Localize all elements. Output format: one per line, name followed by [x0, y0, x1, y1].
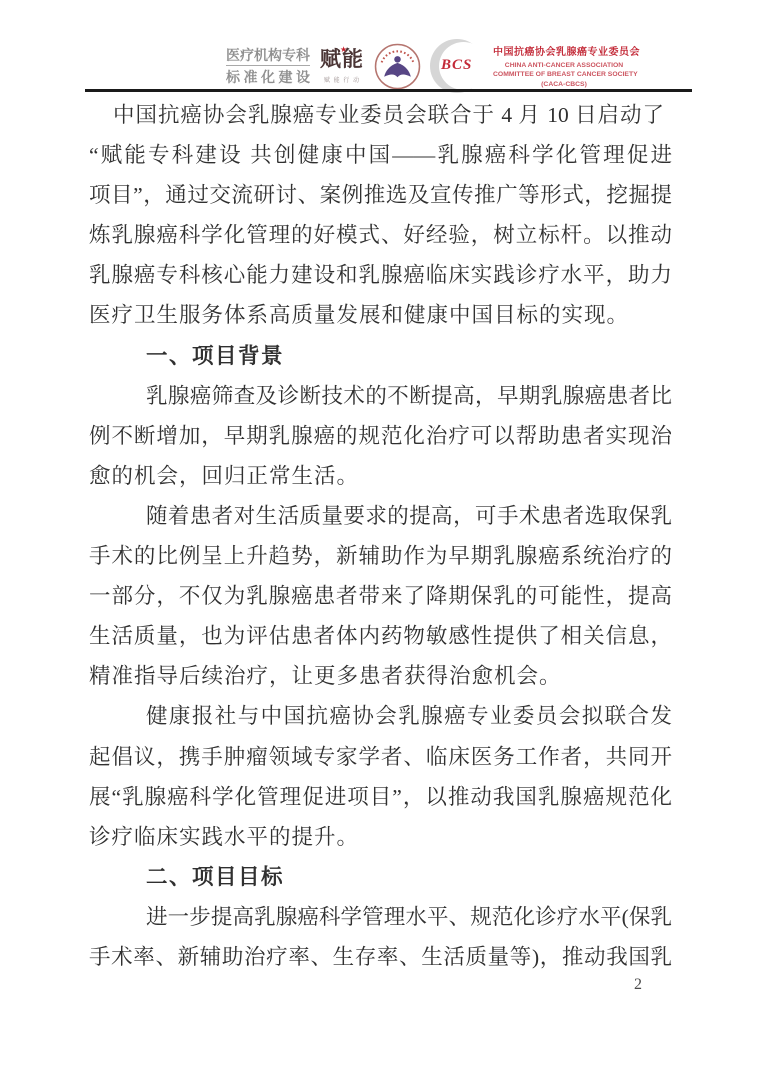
paragraph-line: 生活质量，也为评估患者体内药物敏感性提供了相关信息，	[89, 616, 672, 656]
funeng-star-icon: ★	[340, 46, 347, 54]
paragraph-line: 炼乳腺癌科学化管理的好模式、好经验，树立标杆。以推动	[89, 215, 672, 255]
paragraph-line: 精准指导后续治疗，让更多患者获得治愈机会。	[89, 656, 672, 696]
bcs-logo: BCS	[430, 39, 484, 93]
organization-name-en-line3: (CACA-CBCS)	[493, 80, 635, 89]
paragraph-line: 乳腺癌专科核心能力建设和乳腺癌临床实践诊疗水平，助力	[89, 255, 672, 295]
organization-name-en-line1: CHINA ANTI-CANCER ASSOCIATION	[493, 61, 635, 70]
standardization-logo: 医疗机构专科 标准化建设	[226, 48, 310, 84]
association-seal-icon	[374, 43, 421, 90]
paragraph-line: 展“乳腺癌科学化管理促进项目”，以推动我国乳腺癌规范化	[89, 777, 672, 817]
paragraph-line: 进一步提高乳腺癌科学管理水平、规范化诊疗水平(保乳	[89, 897, 672, 937]
funeng-logo: 赋能 ★ 赋 能 行 动	[319, 48, 365, 83]
paragraph-line: 随着患者对生活质量要求的提高，可手术患者选取保乳	[89, 496, 672, 536]
paragraph-line: 一部分，不仅为乳腺癌患者带来了降期保乳的可能性，提高	[89, 576, 672, 616]
paragraph-line: 手术率、新辅助治疗率、生存率、生活质量等)，推动我国乳	[89, 937, 672, 977]
document-page: 医疗机构专科 标准化建设 赋能 ★ 赋 能 行 动 BCS 中国抗癌协会乳腺癌专…	[0, 0, 763, 1080]
paragraph-line: 手术的比例呈上升趋势，新辅助作为早期乳腺癌系统治疗的	[89, 536, 672, 576]
document-body: 中国抗癌协会乳腺癌专业委员会联合于 4 月 10 日启动了“赋能专科建设 共创健…	[89, 95, 672, 977]
standardization-logo-line1: 医疗机构专科	[226, 48, 310, 66]
page-number: 2	[626, 976, 650, 994]
paragraph-line: 中国抗癌协会乳腺癌专业委员会联合于 4 月 10 日启动了	[89, 95, 672, 135]
standardization-logo-line2: 标准化建设	[226, 66, 310, 84]
paragraph-line: 健康报社与中国抗癌协会乳腺癌专业委员会拟联合发	[89, 696, 672, 736]
paragraph-line: 乳腺癌筛查及诊断技术的不断提高，早期乳腺癌患者比	[89, 376, 672, 416]
header-divider	[85, 89, 692, 92]
paragraph-line: 起倡议，携手肿瘤领域专家学者、临床医务工作者，共同开	[89, 737, 672, 777]
paragraph-line: 例不断增加，早期乳腺癌的规范化治疗可以帮助患者实现治	[89, 416, 672, 456]
paragraph-line: 项目”，通过交流研讨、案例推选及宣传推广等形式，挖掘提	[89, 175, 672, 215]
section-heading: 二、项目目标	[89, 857, 672, 897]
paragraph-line: 医疗卫生服务体系高质量发展和健康中国目标的实现。	[89, 295, 672, 335]
page-header: 医疗机构专科 标准化建设 赋能 ★ 赋 能 行 动 BCS 中国抗癌协会乳腺癌专…	[226, 40, 635, 92]
section-heading: 一、项目背景	[89, 336, 672, 376]
funeng-logo-subtext: 赋 能 行 动	[319, 75, 365, 84]
organization-name-block: 中国抗癌协会乳腺癌专业委员会 CHINA ANTI-CANCER ASSOCIA…	[493, 43, 635, 89]
organization-name-en-line2: COMMITTEE OF BREAST CANCER SOCIETY	[493, 70, 635, 79]
paragraph-line: 诊疗临床实践水平的提升。	[89, 817, 672, 857]
bcs-logo-text: BCS	[441, 57, 472, 74]
organization-title-cn: 中国抗癌协会乳腺癌专业委员会	[493, 43, 635, 58]
paragraph-line: “赋能专科建设 共创健康中国——乳腺癌科学化管理促进	[89, 135, 672, 175]
paragraph-line: 愈的机会，回归正常生活。	[89, 456, 672, 496]
